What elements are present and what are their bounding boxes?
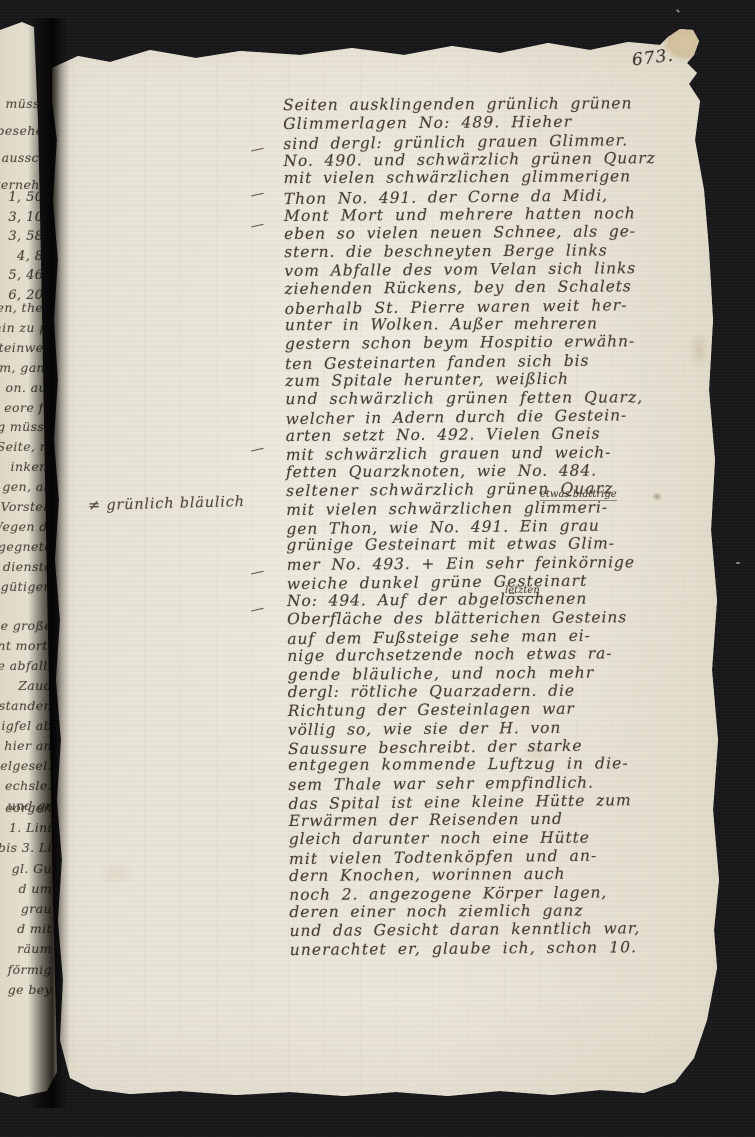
adjacent-page-figure: 5, 46. (8, 268, 48, 283)
adjacent-page-text-fragment: müsse. (5, 96, 52, 111)
adjacent-page-text-fragment: nur aussch: (0, 150, 52, 165)
adjacent-page-figure: 3, 10. (8, 210, 48, 225)
adjacent-page-text-fragment: grau (21, 901, 52, 916)
adjacent-page-text-fragment: das Vorstell (0, 499, 52, 514)
adjacent-page-text-fragment: echsle. (5, 778, 52, 793)
margin-note: ≠ grünlich bläulich (88, 494, 245, 514)
adjacent-page-text-fragment: ont mort, (0, 638, 52, 653)
adjacent-page-text-fragment: Wegen di (0, 519, 52, 534)
adjacent-page-text-fragment: hin zu p. (0, 320, 52, 335)
adjacent-page-text-fragment: d mit (17, 921, 52, 936)
adjacent-page-text-fragment: en, theil (0, 300, 52, 315)
adjacent-page-text-fragment: dienste (3, 559, 52, 574)
adjacent-page-text-fragment: e abfall, (0, 658, 52, 673)
manuscript-line: unter in Wolken. Außer mehreren (285, 314, 721, 335)
manuscript-text-block: Seiten ausklingenden grünlich grünenGlim… (283, 94, 726, 960)
stain (96, 860, 136, 886)
adjacent-page-text-fragment: räum (17, 941, 52, 956)
adjacent-page-text-fragment: Steinweh (0, 340, 52, 355)
adjacent-page-text-fragment: eorgen (5, 800, 52, 815)
adjacent-page-text-fragment: hier an (4, 738, 52, 753)
manuscript-line: unerachtet er, glaube ich, schon 10. (290, 937, 726, 959)
margin-dash: — (249, 213, 278, 234)
margin-dash: — (249, 137, 278, 158)
page-number: 673. (631, 46, 675, 71)
manuscript-line: mit vielen schwärzlichen glimmerigen (284, 167, 720, 188)
manuscript-scan-photo: müsse.so zu besehennur aussch:unternehm … (0, 0, 755, 1137)
adjacent-page-text-fragment: die große (0, 618, 52, 633)
adjacent-page-text-fragment: elgesel. (0, 758, 52, 773)
manuscript-line: deren einer noch ziemlich ganz (289, 901, 725, 922)
adjacent-page-text-fragment: Zaud (18, 678, 52, 693)
manuscript-line: entgegen kommende Luftzug in die- (288, 754, 724, 775)
adjacent-page-figure: 1, 50. (8, 190, 48, 205)
adjacent-page-text-fragment: em, ganz (0, 360, 52, 375)
adjacent-page-text-fragment: 1. Lini (9, 820, 52, 835)
manuscript-line: grünige Gesteinart mit etwas Glim- (286, 534, 722, 555)
manuscript-page: 673. — — — — — — ≠ grünlich bläulich etw… (0, 0, 755, 1137)
manuscript-line: Seiten ausklingenden grünlich grünen (283, 94, 719, 115)
manuscript-line: stern. die beschneyten Berge links (284, 241, 720, 262)
margin-dash: — (249, 597, 278, 618)
manuscript-line: dergl: rötliche Quarzadern. die (288, 681, 724, 702)
margin-dash: — (249, 560, 278, 581)
margin-dash: — (249, 437, 278, 458)
adjacent-page-text-fragment: begegnete (0, 539, 52, 554)
adjacent-page-text-fragment: eore fü (4, 400, 52, 415)
adjacent-page-text-fragment: gl. Gu (12, 861, 52, 876)
manuscript-line: und schwärzlich grünen fetten Quarz, (285, 387, 721, 408)
adjacent-page-text-fragment: so zu besehen (0, 123, 52, 138)
adjacent-page-text-fragment: bis 3. Li (0, 840, 52, 855)
adjacent-page-text-fragment: standen (0, 698, 52, 713)
adjacent-page-text-fragment: d um (19, 881, 52, 896)
adjacent-page-figure: 3, 58. (8, 229, 48, 244)
adjacent-page-text-fragment: inken. (11, 459, 52, 474)
cloth-lint-speck (676, 9, 680, 13)
adjacent-page-text-fragment: gütigen (1, 579, 52, 594)
adjacent-page-text-fragment: g müsse (0, 419, 52, 434)
cloth-lint-speck (736, 562, 740, 564)
margin-dash: — (249, 182, 278, 203)
manuscript-line: fetten Quarzknoten, wie No. 484. (286, 461, 722, 482)
adjacent-page-text-fragment: Seite, m (0, 439, 52, 454)
adjacent-page-text-fragment: igfel ab (1, 718, 52, 733)
adjacent-page-figure: 4, 8. (17, 249, 48, 264)
adjacent-page-edge: müsse.so zu besehennur aussch:unternehm … (0, 0, 60, 1137)
adjacent-page-text-fragment: ge bey (8, 982, 52, 997)
adjacent-page-text-fragment: on. auf (6, 380, 52, 395)
adjacent-page-text-fragment: gen, ab (2, 479, 52, 494)
adjacent-page-text-fragment: förmig (8, 962, 52, 977)
